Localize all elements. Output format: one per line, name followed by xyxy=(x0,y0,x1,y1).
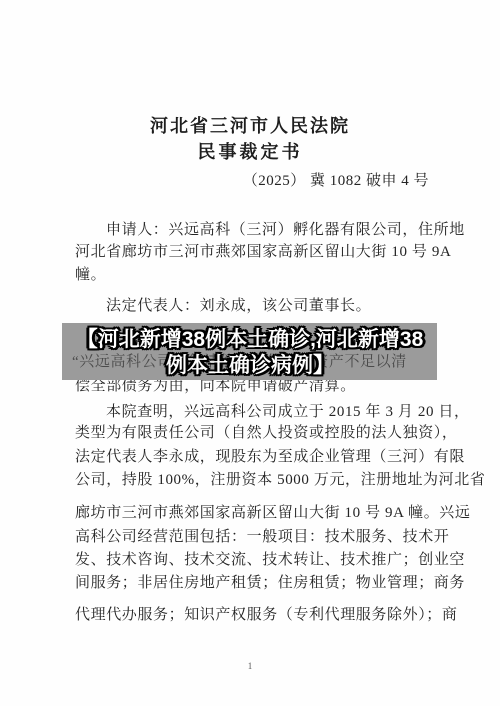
doc-line: 河北省廊坊市三河市燕郊国家高新区留山大街 10 号 9A xyxy=(75,243,439,262)
headline-overlay-line-1: 【河北新增38例本土确诊,河北新增38 xyxy=(50,327,450,353)
document-page: 河北省三河市人民法院 民事裁定书 （2025） 冀 1082 破申 4 号 申请… xyxy=(0,0,500,706)
case-number: （2025） 冀 1082 破申 4 号 xyxy=(75,169,429,190)
doc-line: 发、技术咨询、技术交流、技术转让、技术推广；创业空 xyxy=(75,551,439,570)
doc-line: 高科公司经营范围包括：一般项目：技术服务、技术开 xyxy=(75,528,439,547)
court-title: 河北省三河市人民法院 xyxy=(70,112,430,138)
doc-line: 本院查明，兴远高科公司成立于 2015 年 3 月 20 日， xyxy=(75,403,439,422)
doc-line: 法定代表人：刘永成，该公司董事长。 xyxy=(75,297,439,316)
doc-line: 幢。 xyxy=(75,266,439,285)
doc-line: 类型为有限责任公司（自然人投资或控股的法人独资）， xyxy=(75,424,439,443)
headline-overlay: 【河北新增38例本土确诊,河北新增38 例本土确诊病例】 xyxy=(50,327,450,379)
doc-line: 代理代办服务；知识产权服务（专利代理服务除外）；商 xyxy=(75,606,439,625)
doc-type-title: 民事裁定书 xyxy=(70,138,430,164)
doc-line: 申请人：兴远高科（三河）孵化器有限公司，住所地 xyxy=(75,221,439,240)
headline-overlay-line-2: 例本土确诊病例】 xyxy=(50,353,450,379)
page-number: 1 xyxy=(0,661,500,671)
doc-line: 间服务；非居住房地产租赁；住房租赁；物业管理；商务 xyxy=(75,574,439,593)
doc-line: 公司，持股 100%，注册资本 5000 万元，注册地址为河北省 xyxy=(75,471,439,490)
doc-line: 法定代表人李永成，现股东为至成企业管理（三河）有限 xyxy=(75,448,439,467)
doc-line: 廊坊市三河市燕郊国家高新区留山大街 10 号 9A 幢。兴远 xyxy=(75,504,439,523)
